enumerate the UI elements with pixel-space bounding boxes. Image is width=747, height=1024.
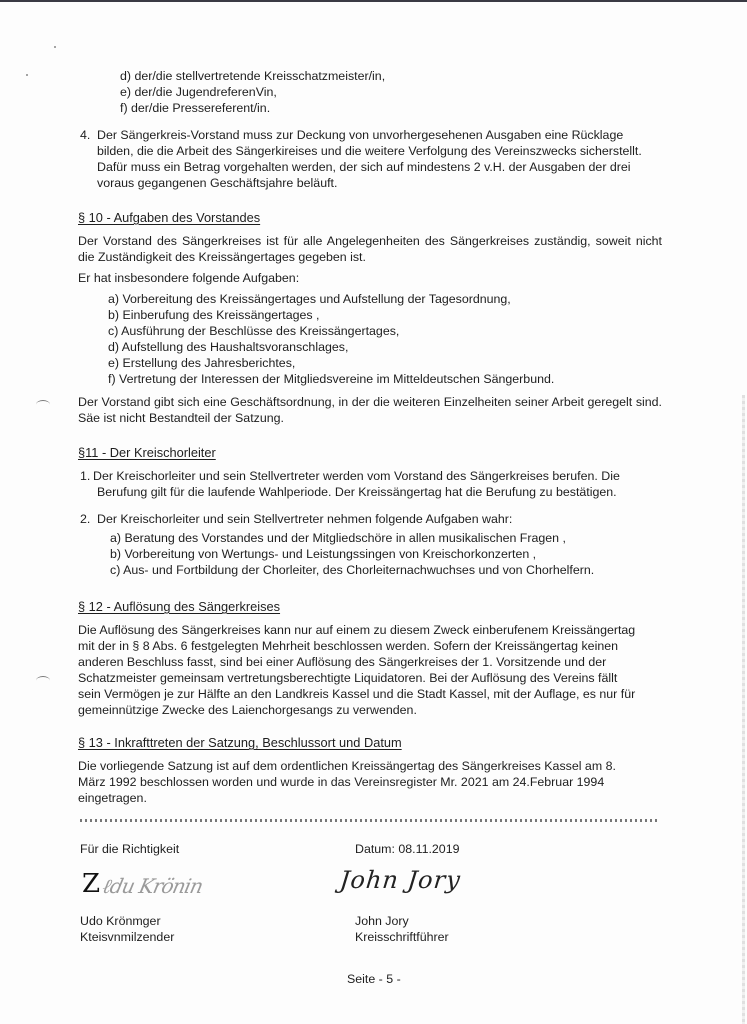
certification-label: Für die Richtigkeit: [80, 841, 179, 857]
scan-speck: [54, 46, 56, 48]
paragraph-line: Dafür muss ein Betrag vorgehalten werden…: [97, 159, 631, 175]
signer-name-right: John Jory: [355, 913, 409, 929]
signature-left-scrawl: ℓdu Krönin: [101, 878, 203, 894]
paragraph-line: Berufung gilt für die laufende Wahlperio…: [97, 484, 617, 500]
scan-edge: [742, 395, 745, 1024]
paragraph-line: bilden, die die Arbeit des Sängerkireise…: [97, 143, 642, 159]
page-number: Seite - 5 -: [347, 971, 401, 987]
list-item: b) Einberufung des Kreissängertages ,: [108, 307, 319, 323]
paragraph-line: Schatzmeister gemeinsam vertretungsberec…: [78, 670, 617, 686]
paragraph-line: mit der in § 8 Abs. 6 festgelegten Mehrh…: [78, 638, 618, 654]
list-item: a) Vorbereitung des Kreissängertages und…: [108, 291, 511, 307]
section-heading: § 12 - Auflösung des Sängerkreises: [78, 599, 280, 615]
scan-margin-mark: [36, 676, 50, 685]
signer-name-left: Udo Krönmger: [80, 913, 161, 929]
list-item: c) Ausführung der Beschlüsse des Kreissä…: [108, 323, 399, 339]
paragraph-line: gemeinnützige Zwecke des Laienchorgesang…: [78, 702, 417, 718]
signer-role-left: Kteisvnmilzender: [80, 929, 174, 945]
paragraph: Er hat insbesondere folgende Aufgaben:: [78, 270, 299, 286]
signature-left-initial: Z: [82, 876, 100, 892]
list-item: f) Vertretung der Interessen der Mitglie…: [108, 371, 554, 387]
list-number: 1.: [80, 468, 90, 484]
paragraph-line: Der Kreischorleiter und sein Stellvertre…: [97, 511, 512, 527]
paragraph-line: anderen Beschluss fasst, sind bei einer …: [78, 654, 606, 670]
paragraph-line: Der Kreischorleiter und sein Stellvertre…: [93, 468, 620, 484]
dotted-divider: [80, 819, 660, 822]
signer-role-right: Kreisschriftführer: [355, 929, 449, 945]
paragraph: Der Vorstand gibt sich eine Geschäftsord…: [78, 394, 662, 426]
paragraph-line: voraus gegangenen Geschäftsjahre beläuft…: [97, 175, 337, 191]
signature-right: John Jory: [339, 872, 461, 888]
paragraph-line: März 1992 beschlossen worden und wurde i…: [78, 774, 604, 790]
paragraph-line: Die vorliegende Satzung ist auf dem orde…: [78, 758, 616, 774]
section-heading: § 13 - Inkrafttreten der Satzung, Beschl…: [78, 735, 402, 751]
scan-margin-mark: [36, 400, 50, 409]
list-item: e) der/die JugendreferenVin,: [120, 84, 277, 100]
list-item: e) Erstellung des Jahresberichtes,: [108, 355, 295, 371]
paragraph-line: Der Sängerkreis-Vorstand muss zur Deckun…: [97, 127, 623, 143]
list-item: c) Aus- und Fortbildung der Chorleiter, …: [110, 562, 594, 578]
list-number: 2.: [80, 511, 90, 527]
list-item: a) Beratung des Vorstandes und der Mitgl…: [110, 530, 566, 546]
paragraph: Der Vorstand des Sängerkreises ist für a…: [78, 233, 662, 265]
date-label: Datum: 08.11.2019: [355, 841, 459, 857]
list-number: 4.: [80, 127, 90, 143]
paragraph-line: Die Auflösung des Sängerkreises kann nur…: [78, 622, 635, 638]
list-item: b) Vorbereitung von Wertungs- und Leistu…: [110, 546, 536, 562]
section-heading: § 10 - Aufgaben des Vorstandes: [78, 210, 260, 226]
list-item: f) der/die Pressereferent/in.: [120, 100, 270, 116]
list-item: d) Aufstellung des Haushaltsvoranschlage…: [108, 339, 348, 355]
section-heading: §11 - Der Kreischorleiter: [78, 445, 216, 461]
list-item: d) der/die stellvertretende Kreisschatzm…: [120, 68, 385, 84]
scan-speck: [26, 74, 28, 76]
paragraph-line: sein Vermögen je zur Hälfte an den Landk…: [78, 686, 635, 702]
document-page: d) der/die stellvertretende Kreisschatzm…: [0, 0, 747, 1024]
paragraph-line: eingetragen.: [78, 790, 147, 806]
